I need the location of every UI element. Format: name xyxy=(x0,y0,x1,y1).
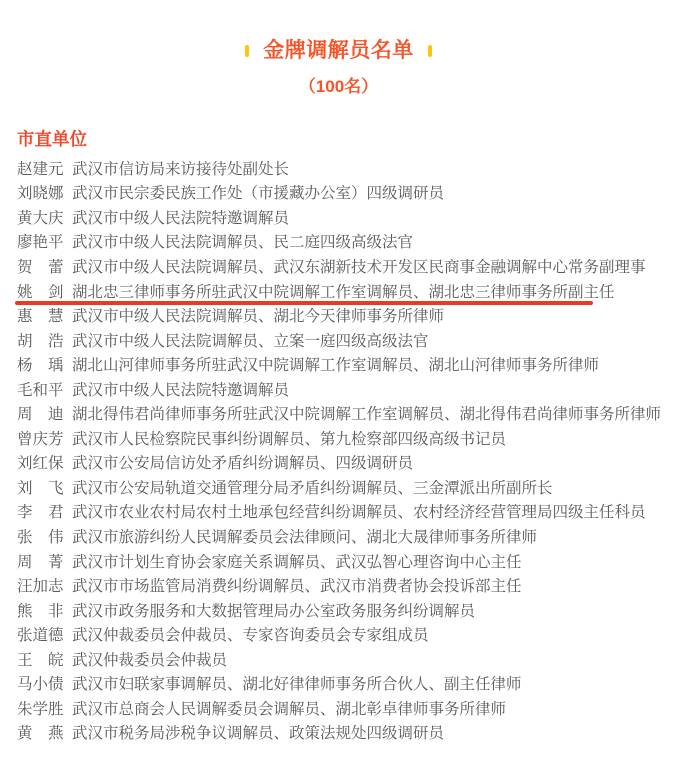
list-item: 汪加志 武汉市市场监管局消费纠纷调解员、武汉市消费者协会投诉部主任 xyxy=(17,573,677,598)
list-item: 胡 浩 武汉市中级人民法院调解员、立案一庭四级高级法官 xyxy=(17,327,677,352)
section-heading: 市直单位 xyxy=(17,131,677,149)
mediator-name: 汪加志 xyxy=(17,574,64,596)
list-item: 熊 非 武汉市政务服务和大数据管理局办公室政务服务纠纷调解员 xyxy=(17,597,677,622)
mediator-description: 武汉市政务服务和大数据管理局办公室政务服务纠纷调解员 xyxy=(72,599,475,621)
mediator-name: 胡 浩 xyxy=(17,329,64,351)
mediator-name: 周 迪 xyxy=(17,402,64,424)
mediator-description: 武汉市中级人民法院特邀调解员 xyxy=(72,206,289,228)
list-item: 张道德 武汉仲裁委员会仲裁员、专家咨询委员会专家组成员 xyxy=(17,622,677,647)
mediator-description: 武汉市总商会人民调解委员会调解员、湖北彰卓律师事务所律师 xyxy=(72,697,506,719)
list-item: 张 伟 武汉市旅游纠纷人民调解委员会法律顾问、湖北大晟律师事务所律师 xyxy=(17,524,677,549)
mediator-name: 周 菁 xyxy=(17,550,64,572)
mediator-name: 贺 蕾 xyxy=(17,255,64,277)
list-item: 朱学胜 武汉市总商会人民调解委员会调解员、湖北彰卓律师事务所律师 xyxy=(17,696,677,721)
list-item: 周 迪 湖北得伟君尚律师事务所驻武汉中院调解工作室调解员、湖北得伟君尚律师事务所… xyxy=(17,401,677,426)
mediator-description: 武汉市计划生育协会家庭关系调解员、武汉弘智心理咨询中心主任 xyxy=(72,550,522,572)
list-item: 刘 飞 武汉市公安局轨道交通管理分局矛盾纠纷调解员、三金潭派出所副所长 xyxy=(17,475,677,500)
mediator-description: 武汉市民宗委民族工作处（市援藏办公室）四级调研员 xyxy=(72,181,444,203)
mediator-description: 武汉市农业农村局农村土地承包经营纠纷调解员、农村经济经营管理局四级主任科员 xyxy=(72,500,646,522)
mediator-name: 刘红保 xyxy=(17,451,64,473)
mediator-description: 武汉市市场监管局消费纠纷调解员、武汉市消费者协会投诉部主任 xyxy=(72,574,522,596)
mediator-description: 武汉市旅游纠纷人民调解委员会法律顾问、湖北大晟律师事务所律师 xyxy=(72,525,537,547)
mediator-name: 朱学胜 xyxy=(17,697,64,719)
list-item: 黄 燕 武汉市税务局涉税争议调解员、政策法规处四级调研员 xyxy=(17,720,677,745)
mediator-description: 武汉市中级人民法院调解员、武汉东湖新技术开发区民商事金融调解中心常务副理事 xyxy=(72,255,646,277)
list-item: 赵建元 武汉市信访局来访接待处副处长 xyxy=(17,156,677,181)
mediator-name: 毛和平 xyxy=(17,378,64,400)
list-item: 姚 剑 湖北忠三律师事务所驻武汉中院调解工作室调解员、湖北忠三律师事务所副主任 xyxy=(17,278,677,303)
list-item: 李 君 武汉市农业农村局农村土地承包经营纠纷调解员、农村经济经营管理局四级主任科… xyxy=(17,499,677,524)
list-item: 杨 瑀 湖北山河律师事务所驻武汉中院调解工作室调解员、湖北山河律师事务所律师 xyxy=(17,352,677,377)
mediator-description: 武汉市妇联家事调解员、湖北好律律师事务所合伙人、副主任律师 xyxy=(72,672,522,694)
mediator-name: 曾庆芳 xyxy=(17,427,64,449)
mediator-name: 王 皖 xyxy=(17,648,64,670)
list-item: 马小债 武汉市妇联家事调解员、湖北好律律师事务所合伙人、副主任律师 xyxy=(17,671,677,696)
mediator-name: 姚 剑 xyxy=(17,280,64,302)
list-item: 黄大庆 武汉市中级人民法院特邀调解员 xyxy=(17,205,677,230)
mediator-description: 武汉市公安局轨道交通管理分局矛盾纠纷调解员、三金潭派出所副所长 xyxy=(72,476,553,498)
page-subtitle: （100名） xyxy=(0,78,677,95)
list-item: 惠 慧 武汉市中级人民法院调解员、湖北今天律师事务所律师 xyxy=(17,303,677,328)
document-page: 金牌调解员名单 （100名） 市直单位 赵建元 武汉市信访局来访接待处副处长 刘… xyxy=(0,0,677,774)
mediator-description: 武汉仲裁委员会仲裁员、专家咨询委员会专家组成员 xyxy=(72,623,429,645)
list-item: 刘红保 武汉市公安局信访处矛盾纠纷调解员、四级调研员 xyxy=(17,450,677,475)
mediator-name: 黄 燕 xyxy=(17,721,64,743)
list-item: 贺 蕾 武汉市中级人民法院调解员、武汉东湖新技术开发区民商事金融调解中心常务副理… xyxy=(17,254,677,279)
mediator-name: 黄大庆 xyxy=(17,206,64,228)
mediator-name: 张 伟 xyxy=(17,525,64,547)
mediator-name: 张道德 xyxy=(17,623,64,645)
mediator-description: 湖北山河律师事务所驻武汉中院调解工作室调解员、湖北山河律师事务所律师 xyxy=(72,353,599,375)
mediator-name: 廖艳平 xyxy=(17,230,64,252)
mediator-description: 武汉市税务局涉税争议调解员、政策法规处四级调研员 xyxy=(72,721,444,743)
mediator-name: 刘晓娜 xyxy=(17,181,64,203)
mediator-name: 赵建元 xyxy=(17,157,64,179)
mediator-name: 马小债 xyxy=(17,672,64,694)
mediator-name: 杨 瑀 xyxy=(17,353,64,375)
page-title-row: 金牌调解员名单 xyxy=(0,0,677,61)
mediator-description: 武汉市人民检察院民事纠纷调解员、第九检察部四级高级书记员 xyxy=(72,427,506,449)
mediator-description: 武汉市中级人民法院调解员、湖北今天律师事务所律师 xyxy=(72,304,444,326)
list-item: 曾庆芳 武汉市人民检察院民事纠纷调解员、第九检察部四级高级书记员 xyxy=(17,426,677,451)
mediator-description: 湖北忠三律师事务所驻武汉中院调解工作室调解员、湖北忠三律师事务所副主任 xyxy=(72,280,615,302)
mediator-description: 武汉市中级人民法院调解员、立案一庭四级高级法官 xyxy=(72,329,429,351)
list-item: 王 皖 武汉仲裁委员会仲裁员 xyxy=(17,646,677,671)
mediator-name: 李 君 xyxy=(17,500,64,522)
mediator-description: 武汉市信访局来访接待处副处长 xyxy=(72,157,289,179)
title-left-bar-icon xyxy=(245,45,249,57)
title-right-bar-icon xyxy=(428,45,432,57)
mediator-description: 武汉市公安局信访处矛盾纠纷调解员、四级调研员 xyxy=(72,451,413,473)
list-item: 廖艳平 武汉市中级人民法院调解员、民二庭四级高级法官 xyxy=(17,229,677,254)
mediator-name: 刘 飞 xyxy=(17,476,64,498)
page-title: 金牌调解员名单 xyxy=(263,40,414,61)
mediator-list: 赵建元 武汉市信访局来访接待处副处长 刘晓娜 武汉市民宗委民族工作处（市援藏办公… xyxy=(17,156,677,745)
list-item: 周 菁 武汉市计划生育协会家庭关系调解员、武汉弘智心理咨询中心主任 xyxy=(17,548,677,573)
list-item: 刘晓娜 武汉市民宗委民族工作处（市援藏办公室）四级调研员 xyxy=(17,180,677,205)
list-item: 毛和平 武汉市中级人民法院特邀调解员 xyxy=(17,376,677,401)
mediator-name: 熊 非 xyxy=(17,599,64,621)
mediator-description: 武汉仲裁委员会仲裁员 xyxy=(72,648,227,670)
mediator-description: 湖北得伟君尚律师事务所驻武汉中院调解工作室调解员、湖北得伟君尚律师事务所律师 xyxy=(72,402,661,424)
mediator-name: 惠 慧 xyxy=(17,304,64,326)
mediator-description: 武汉市中级人民法院特邀调解员 xyxy=(72,378,289,400)
mediator-description: 武汉市中级人民法院调解员、民二庭四级高级法官 xyxy=(72,230,413,252)
